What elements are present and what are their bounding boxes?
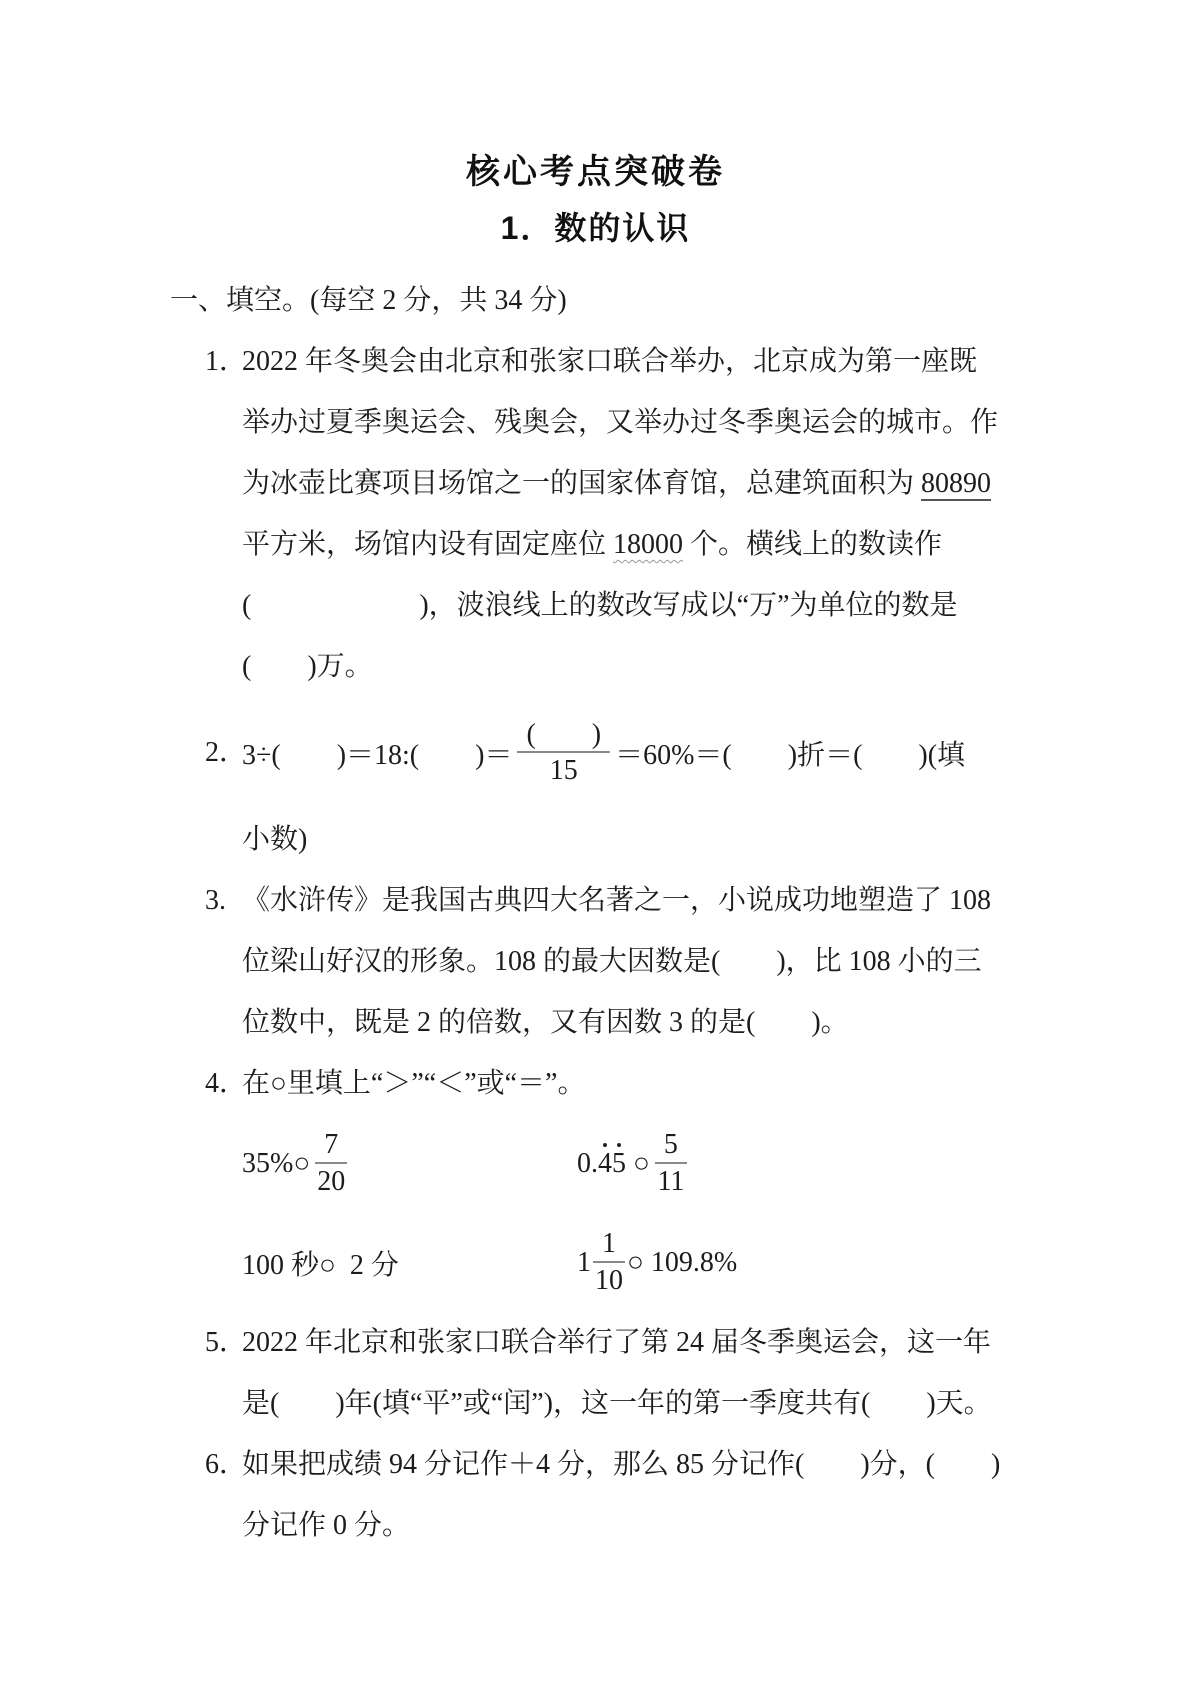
mixed-number: 1 1 10 [577, 1228, 627, 1296]
comparison-2-left: 100 秒○ 2 分 [242, 1243, 577, 1283]
equation-part-2: ＝60%＝( )折＝( )(填 [615, 733, 965, 773]
fraction-denominator: 15 [550, 753, 578, 787]
comparison-1-right: 0. 4 5 ○ 5 11 [577, 1129, 692, 1197]
fraction: ( ) 15 [517, 719, 610, 787]
question-3-line-1: 《水浒传》是我国古典四大名著之一，小说成功地塑造了 108 [242, 870, 1131, 931]
comparison-2-right: 1 1 10 ○ 109.8% [577, 1228, 737, 1296]
question-3: 3. 《水浒传》是我国古典四大名著之一，小说成功地塑造了 108 位梁山好汉的形… [205, 870, 1131, 1053]
question-6-line-2: 分记作 0 分。 [242, 1495, 1131, 1556]
question-2-equation: 3÷( )＝18:( )＝ ( ) 15 ＝60%＝( )折＝( )(填 [242, 697, 1131, 809]
question-1-line-6: ( )万。 [242, 636, 1131, 697]
comparison-circle: ○ [626, 1148, 650, 1180]
question-1-line-3-text: 为冰壶比赛项目场馆之一的国家体育馆，总建筑面积为 [242, 468, 921, 499]
question-6-number: 6． [205, 1434, 247, 1495]
comparison-row-2: 100 秒○ 2 分 1 1 10 ○ 109.8% [242, 1213, 1131, 1312]
question-5: 5． 2022 年北京和张家口联合举行了第 24 届冬季奥运会，这一年 是( )… [205, 1312, 1131, 1434]
question-1-line-4-text: 平方米，场馆内设有固定座位 [242, 529, 613, 560]
fraction: 5 11 [655, 1129, 687, 1197]
question-3-line-2: 位梁山好汉的形象。108 的最大因数是( )，比 108 小的三 [242, 931, 1131, 992]
underlined-number: 80890 [921, 468, 991, 499]
comparison-2-left-value: 100 秒○ 2 分 [242, 1243, 399, 1283]
question-1-line-3: 为冰壶比赛项目场馆之一的国家体育馆，总建筑面积为 80890 [242, 453, 1131, 514]
question-2-line-2: 小数) [242, 809, 1131, 870]
fraction-denominator: 10 [595, 1263, 623, 1297]
fraction-numerator: 7 [315, 1129, 347, 1163]
question-2: 2． 3÷( )＝18:( )＝ ( ) 15 ＝60%＝( )折＝( )(填 … [205, 697, 1131, 870]
doc-subtitle: 1．数的认识 [0, 208, 1191, 248]
question-4-line-1: 在○里填上“＞”“＜”或“＝”。 [242, 1053, 1131, 1114]
section-header: 一、填空。(每空 2 分，共 34 分) [170, 270, 1131, 331]
worksheet-page: 核心考点突破卷 1．数的认识 一、填空。(每空 2 分，共 34 分) 1． 2… [0, 0, 1191, 1684]
question-6: 6． 如果把成绩 94 分记作＋4 分，那么 85 分记作( )分，( ) 分记… [205, 1434, 1131, 1556]
repeating-digit: 4 [598, 1148, 612, 1180]
fraction-numerator: ( ) [517, 719, 610, 753]
question-1-number: 1． [205, 331, 247, 392]
question-1-line-4: 平方米，场馆内设有固定座位 18000 个。横线上的数读作 [242, 514, 1131, 575]
mixed-number-whole: 1 [577, 1247, 591, 1279]
fraction-numerator: 1 [593, 1228, 625, 1262]
comparison-1-left-value: 35%○ [242, 1148, 310, 1180]
question-4: 4． 在○里填上“＞”“＜”或“＝”。 35%○ 7 20 0. 4 5 ○ [205, 1053, 1131, 1312]
fraction: 1 10 [593, 1228, 625, 1296]
repeating-decimal-prefix: 0. [577, 1148, 598, 1180]
question-5-line-2: 是( )年(填“平”或“闰”)，这一年的第一季度共有( )天。 [242, 1373, 1131, 1434]
question-5-line-1: 2022 年北京和张家口联合举行了第 24 届冬季奥运会，这一年 [242, 1312, 1131, 1373]
question-1-line-2: 举办过夏季奥运会、残奥会，又举办过冬季奥运会的城市。作 [242, 392, 1131, 453]
question-3-line-3: 位数中，既是 2 的倍数，又有因数 3 的是( )。 [242, 992, 1131, 1053]
question-2-number: 2． [205, 697, 247, 809]
fraction: 7 20 [315, 1129, 347, 1197]
fraction-denominator: 11 [657, 1164, 684, 1198]
question-1-line-1: 2022 年冬奥会由北京和张家口联合举办，北京成为第一座既 [242, 331, 1131, 392]
fraction-denominator: 20 [317, 1164, 345, 1198]
doc-title: 核心考点突破卷 [0, 150, 1191, 194]
question-1: 1． 2022 年冬奥会由北京和张家口联合举办，北京成为第一座既 举办过夏季奥运… [205, 331, 1131, 697]
question-6-line-1: 如果把成绩 94 分记作＋4 分，那么 85 分记作( )分，( ) [242, 1434, 1131, 1495]
question-5-number: 5． [205, 1312, 247, 1373]
comparison-1-left: 35%○ 7 20 [242, 1129, 577, 1197]
question-1-line-4-text-after: 个。横线上的数读作 [683, 529, 942, 560]
wavy-underlined-number: 18000 [613, 529, 683, 560]
question-3-number: 3. [205, 870, 226, 931]
fraction-numerator: 5 [655, 1129, 687, 1163]
repeating-digit: 5 [612, 1148, 626, 1180]
comparison-row-1: 35%○ 7 20 0. 4 5 ○ 5 11 [242, 1114, 1131, 1213]
question-1-line-5: ( )，波浪线上的数改写成以“万”为单位的数是 [242, 575, 1131, 636]
question-4-number: 4． [205, 1053, 247, 1114]
equation-part-1: 3÷( )＝18:( )＝ [242, 733, 512, 773]
comparison-2-right-value: ○ 109.8% [627, 1247, 737, 1279]
